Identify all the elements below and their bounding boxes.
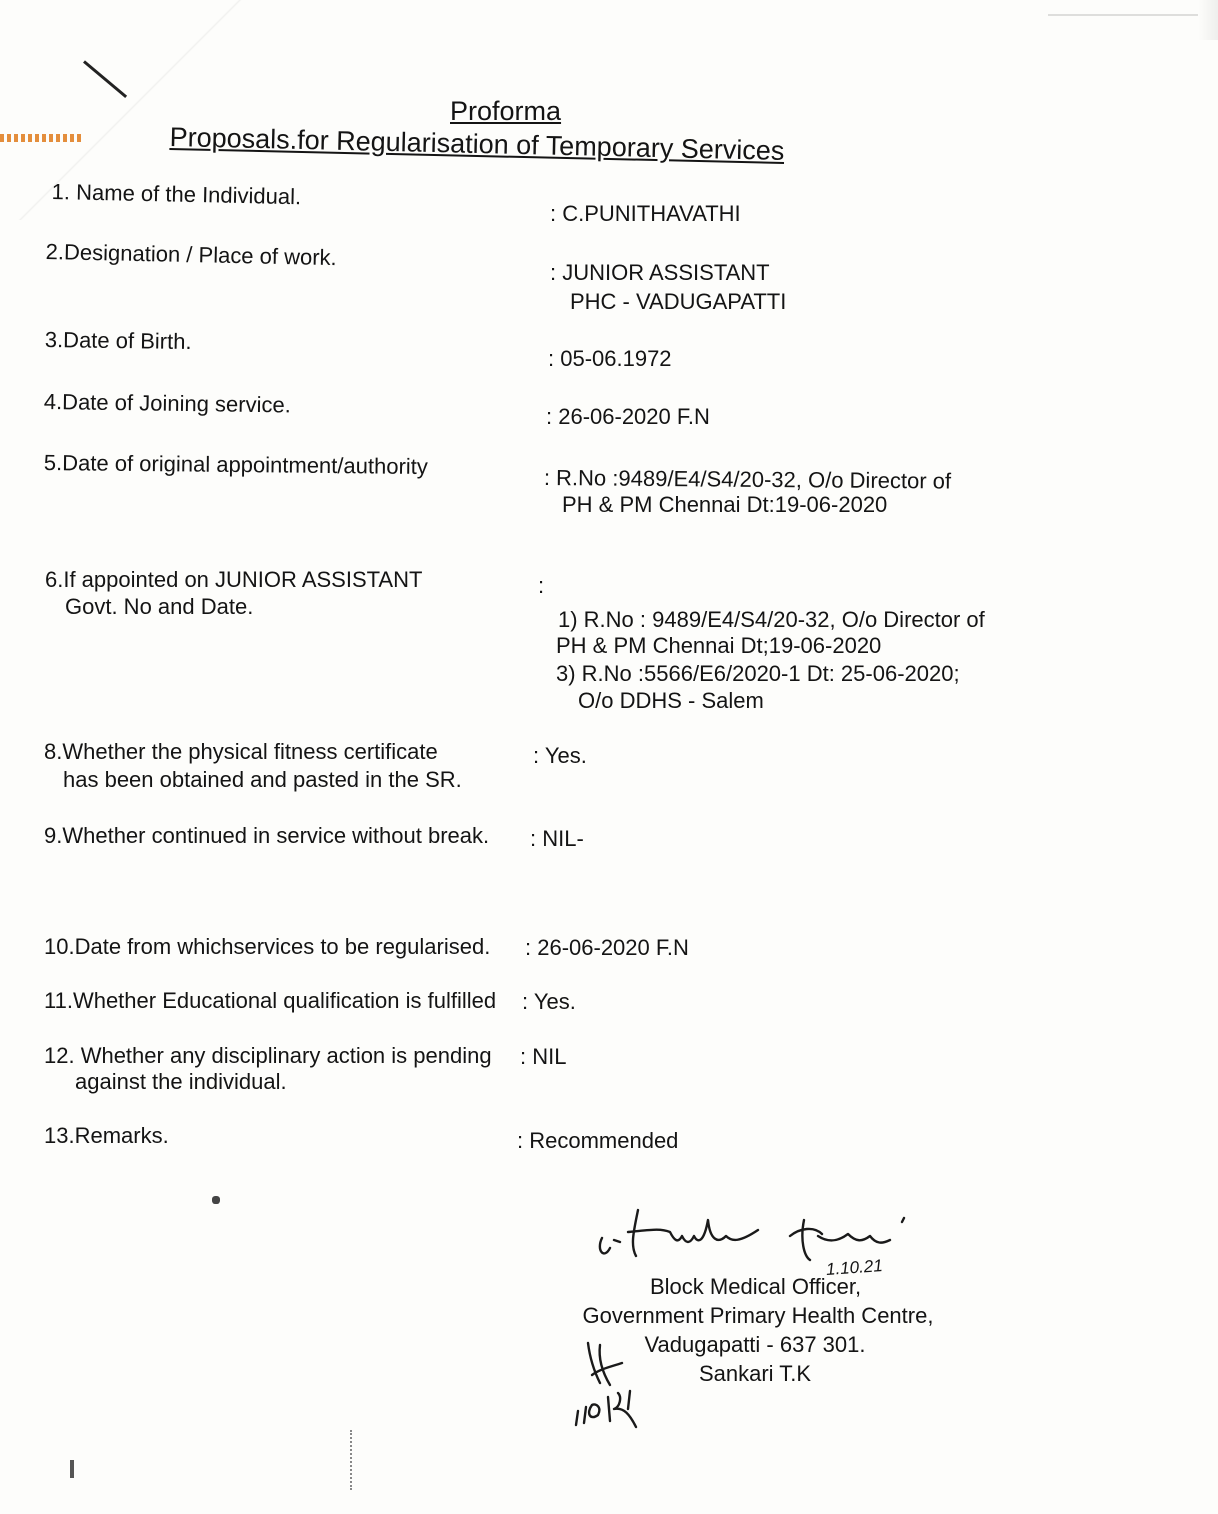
officer-taluk: Sankari T.K	[690, 1359, 820, 1389]
item-label-education: 11.Whether Educational qualification is …	[44, 987, 496, 1015]
initials-signature	[570, 1335, 670, 1435]
document-subtitle: Proposals.for Regularisation of Temporar…	[169, 122, 784, 167]
item-value-order-3b: O/o DDHS - Salem	[578, 687, 764, 715]
item-value-continued: : NIL-	[530, 825, 584, 853]
item-value-order-3: 3) R.No :5566/E6/2020-1 Dt: 25-06-2020;	[556, 660, 960, 688]
item-value-education: : Yes.	[522, 988, 576, 1016]
officer-address: Vadugapatti - 637 301.	[640, 1330, 870, 1360]
item-label-disciplinary: 12. Whether any disciplinary action is p…	[44, 1042, 492, 1070]
scan-artifact	[1048, 14, 1198, 16]
document-title: Proforma	[450, 96, 561, 127]
item-label-continued: 9.Whether continued in service without b…	[44, 822, 489, 850]
speck-mark	[212, 1196, 220, 1204]
item-label-fitness-2: has been obtained and pasted in the SR.	[63, 766, 462, 794]
item-value-designation: : JUNIOR ASSISTANT	[550, 259, 770, 287]
item-value-colon: :	[538, 572, 544, 600]
item-label-name: 1. Name of the Individual.	[51, 178, 301, 211]
item-value-remarks: : Recommended	[517, 1127, 678, 1155]
item-value-disciplinary: : NIL	[520, 1043, 566, 1071]
item-label-govt-order-2: Govt. No and Date.	[65, 593, 253, 621]
item-value-appointment-2: PH & PM Chennai Dt:19-06-2020	[562, 491, 887, 519]
orange-tick-mark	[0, 134, 82, 142]
speck-mark	[70, 1460, 74, 1478]
item-value-place: PHC - VADUGAPATTI	[570, 288, 786, 316]
speck-mark	[350, 1430, 370, 1490]
item-label-fitness: 8.Whether the physical fitness certifica…	[44, 738, 438, 766]
item-label-remarks: 13.Remarks.	[44, 1122, 169, 1150]
item-value-name: : C.PUNITHAVATHI	[550, 200, 741, 228]
item-label-dob: 3.Date of Birth.	[45, 326, 192, 356]
item-label-regularised-date: 10.Date from whichservices to be regular…	[44, 933, 490, 961]
item-label-appointment: 5.Date of original appointment/authority	[44, 449, 428, 481]
officer-office: Government Primary Health Centre,	[578, 1301, 938, 1331]
item-value-fitness: : Yes.	[533, 742, 587, 770]
item-label-joining: 4.Date of Joining service.	[44, 388, 291, 419]
item-label-govt-order: 6.If appointed on JUNIOR ASSISTANT	[45, 566, 422, 594]
item-value-dob: : 05-06.1972	[548, 345, 672, 373]
item-value-order-1b: PH & PM Chennai Dt;19-06-2020	[556, 632, 881, 660]
item-label-designation: 2.Designation / Place of work.	[45, 238, 337, 272]
officer-designation: Block Medical Officer,	[650, 1272, 850, 1302]
item-label-disciplinary-2: against the individual.	[75, 1068, 287, 1096]
item-value-regularised-date: : 26-06-2020 F.N	[525, 934, 689, 962]
scan-edge	[1198, 0, 1218, 40]
item-value-joining: : 26-06-2020 F.N	[546, 403, 710, 431]
item-value-order-1: 1) R.No : 9489/E4/S4/20-32, O/o Director…	[558, 606, 985, 634]
